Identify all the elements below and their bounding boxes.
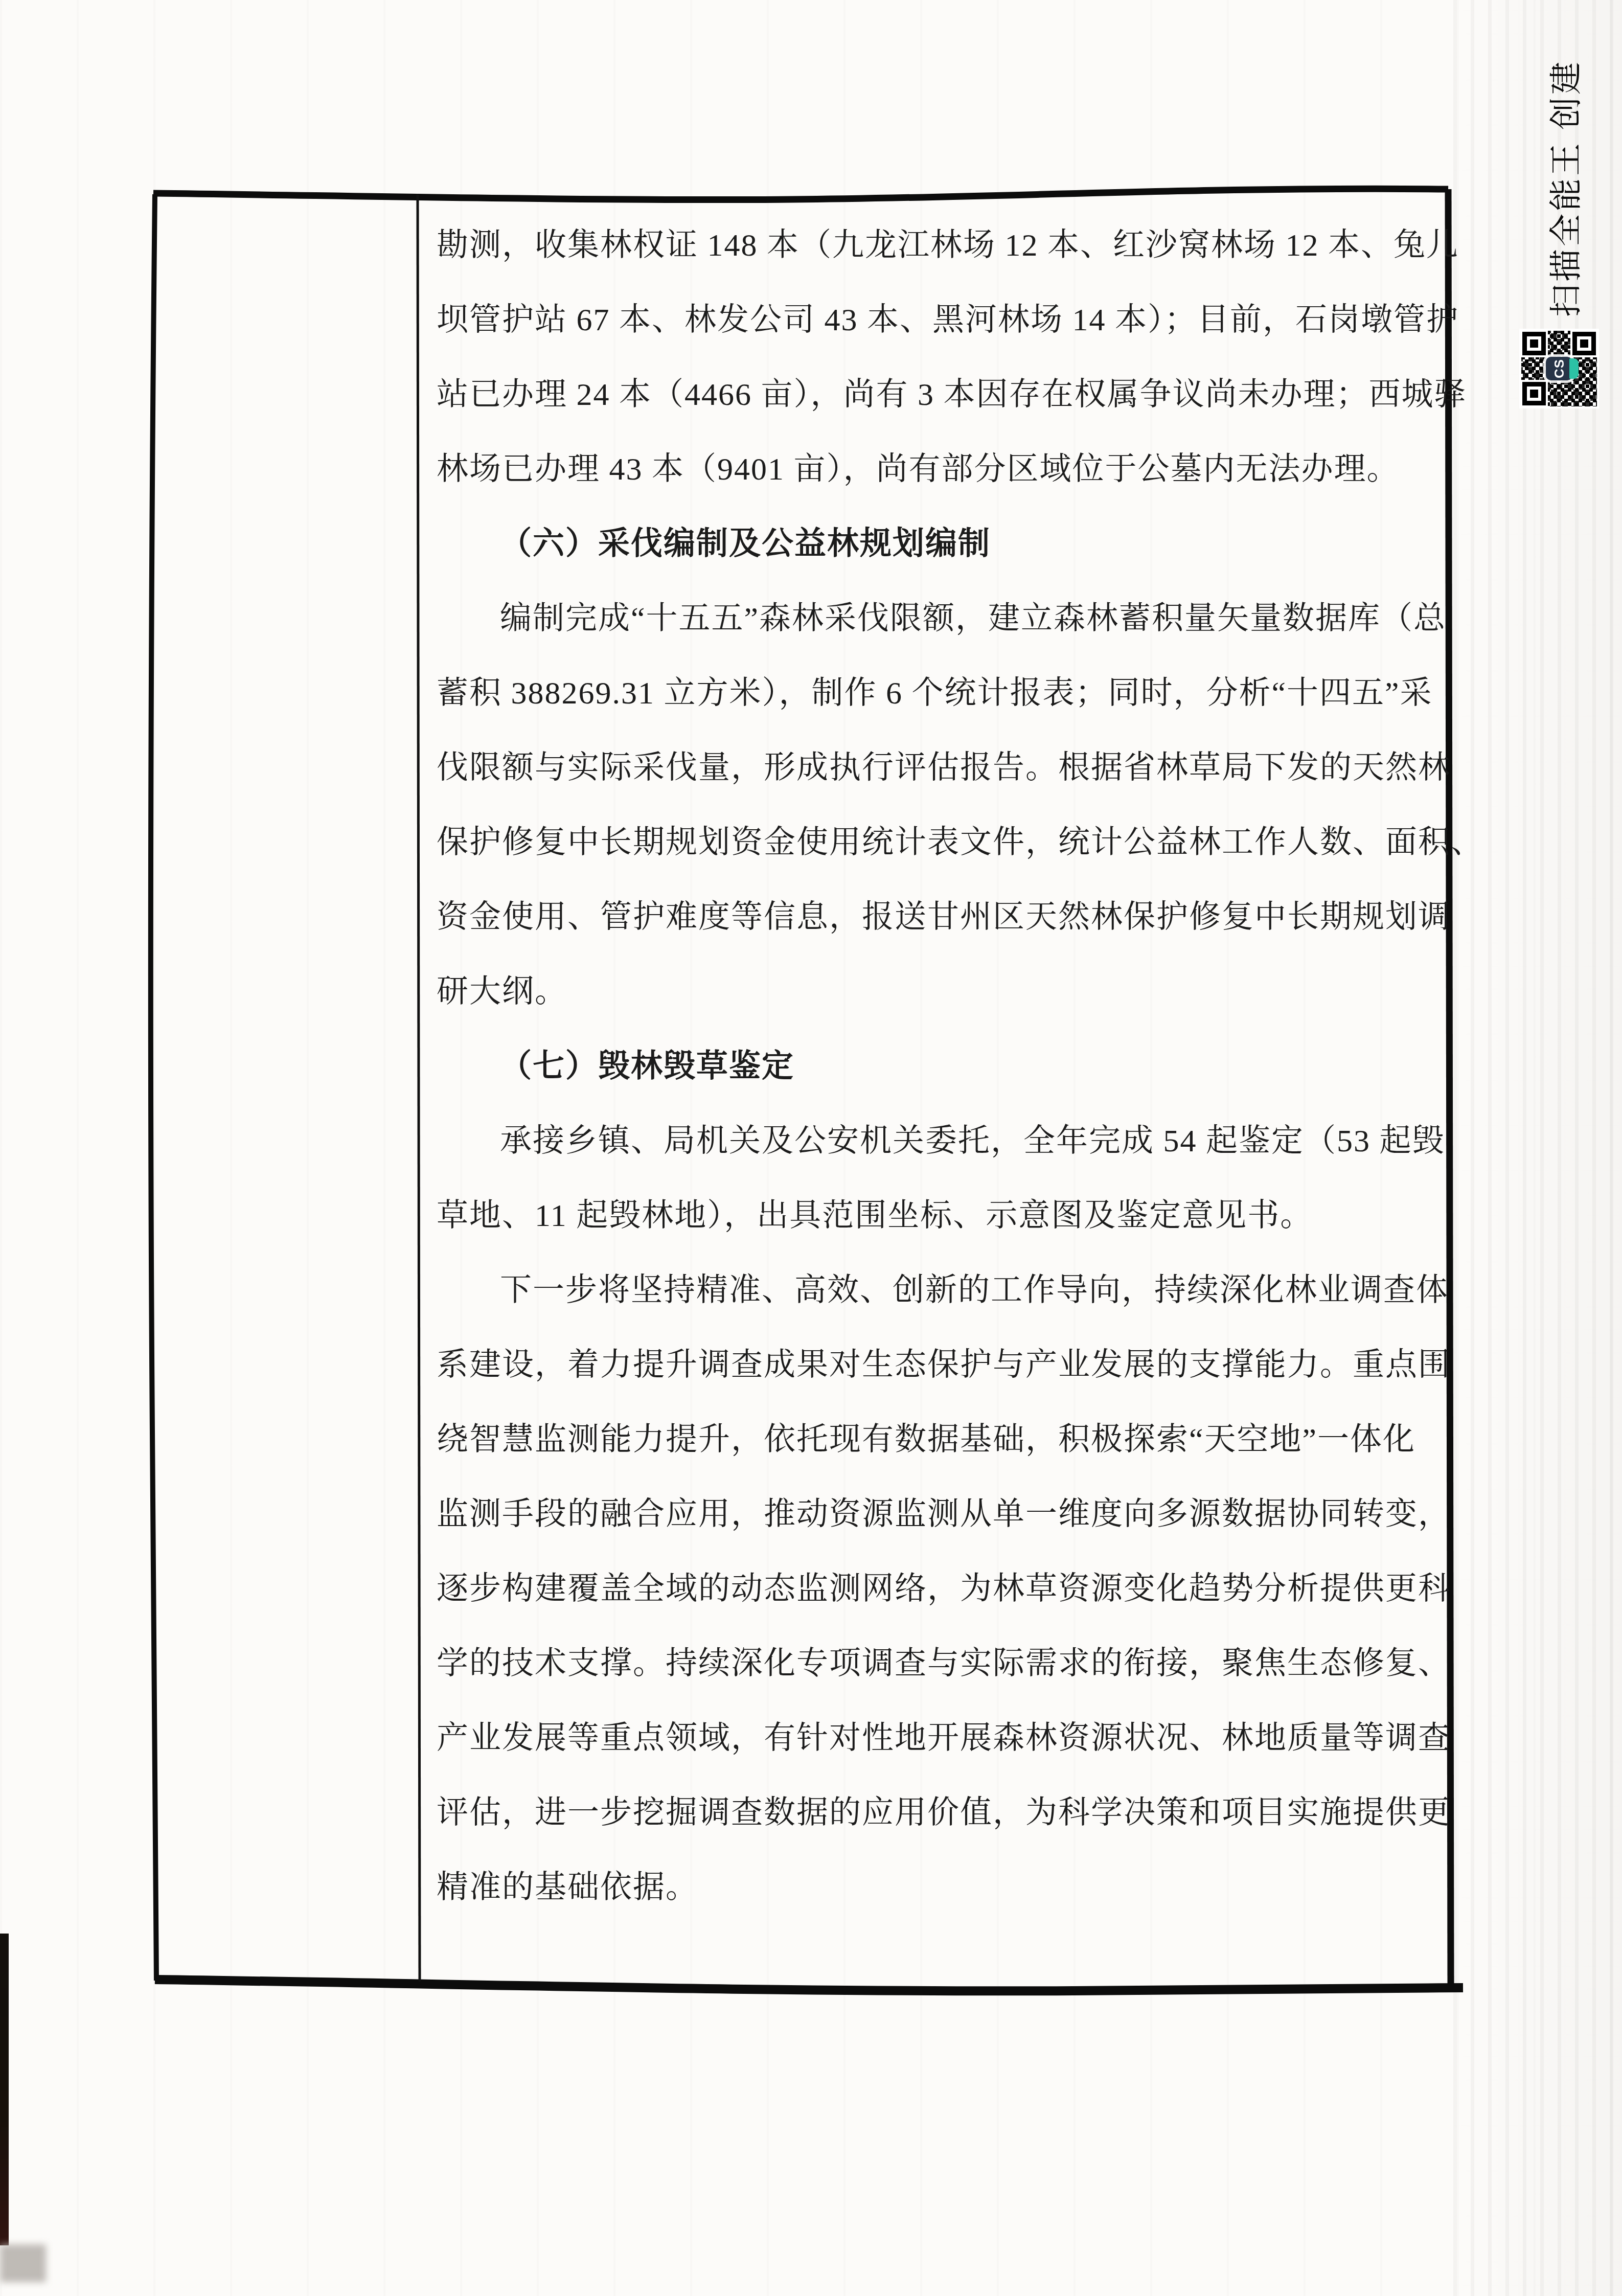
camscanner-logo-badge: CS xyxy=(1546,357,1572,380)
scanned-document-page: 勘测，收集林权证 148 本（九龙江林场 12 本、红沙窝林场 12 本、兔儿 … xyxy=(0,0,1622,2296)
report-text-block: 勘测，收集林权证 148 本（九龙江林场 12 本、红沙窝林场 12 本、兔儿 … xyxy=(419,208,1447,1925)
camscanner-badge-teal-tab xyxy=(1569,358,1579,379)
text-line: 学的技术支撑。持续深化专项调查与实际需求的衔接，聚焦生态修复、 xyxy=(437,1626,1426,1701)
text-line: 绕智慧监测能力提升，依托现有数据基础，积极探索“天空地”一体化 xyxy=(437,1402,1426,1477)
section-heading-7: （七）毁林毁草鉴定 xyxy=(437,1029,1426,1104)
text-line: 勘测，收集林权证 148 本（九龙江林场 12 本、红沙窝林场 12 本、兔儿 xyxy=(437,208,1426,283)
qr-code-icon: CS xyxy=(1521,331,1597,406)
text-line: 林场已办理 43 本（9401 亩），尚有部分区域位于公墓内无法办理。 xyxy=(437,432,1426,507)
text-line: 监测手段的融合应用，推动资源监测从单一维度向多源数据协同转变， xyxy=(437,1477,1426,1552)
table-bottom-border xyxy=(155,1980,1463,1991)
qr-finder-bottom-left-icon xyxy=(1522,382,1546,405)
table-label-cell-empty xyxy=(157,196,416,1977)
text-line: 编制完成“十五五”森林采伐限额，建立森林蓄积量矢量数据库（总 xyxy=(437,581,1426,656)
text-line: 精准的基础依据。 xyxy=(437,1850,1426,1925)
camscanner-badge-letters: CS xyxy=(1551,359,1567,378)
qr-finder-top-right-icon xyxy=(1572,332,1596,355)
qr-finder-top-left-icon xyxy=(1522,332,1546,355)
text-line: 蓄积 388269.31 立方米），制作 6 个统计报表；同时，分析“十四五”采 xyxy=(437,656,1426,731)
text-line: 坝管护站 67 本、林发公司 43 本、黑河林场 14 本）；目前，石岗墩管护 xyxy=(437,283,1426,357)
text-line: 逐步构建覆盖全域的动态监测网络，为林草资源变化趋势分析提供更科 xyxy=(437,1552,1426,1626)
text-line: 承接乡镇、局机关及公安机关委托，全年完成 54 起鉴定（53 起毁 xyxy=(437,1104,1426,1178)
text-line: 站已办理 24 本（4466 亩），尚有 3 本因存在权属争议尚未办理；西城驿 xyxy=(437,357,1426,432)
text-line: 资金使用、管护难度等信息，报送甘州区天然林保护修复中长期规划调 xyxy=(437,880,1426,954)
section-heading-6: （六）采伐编制及公益林规划编制 xyxy=(437,507,1426,581)
text-line: 产业发展等重点领域，有针对性地开展森林资源状况、林地质量等调查 xyxy=(437,1701,1426,1776)
table-right-border xyxy=(1448,189,1451,1987)
text-line: 草地、11 起毁林地），出具范围坐标、示意图及鉴定意见书。 xyxy=(437,1178,1426,1253)
scan-artifact-shadow xyxy=(0,2244,46,2282)
text-line: 伐限额与实际采伐量，形成执行评估报告。根据省林草局下发的天然林 xyxy=(437,731,1426,805)
text-line: 研大纲。 xyxy=(437,954,1426,1029)
scan-artifact-black-bar xyxy=(0,1934,9,2245)
text-line: 下一步将坚持精准、高效、创新的工作导向，持续深化林业调查体 xyxy=(437,1253,1426,1328)
camscanner-watermark-text: 扫描全能王 创建 xyxy=(1540,41,1581,317)
table-left-border xyxy=(151,194,156,1981)
text-line: 系建设，着力提升调查成果对生态保护与产业发展的支撑能力。重点围 xyxy=(437,1328,1426,1402)
text-line: 评估，进一步挖掘调查数据的应用价值，为科学决策和项目实施提供更 xyxy=(437,1776,1426,1850)
text-line: 保护修复中长期规划资金使用统计表文件，统计公益林工作人数、面积、 xyxy=(437,805,1426,880)
